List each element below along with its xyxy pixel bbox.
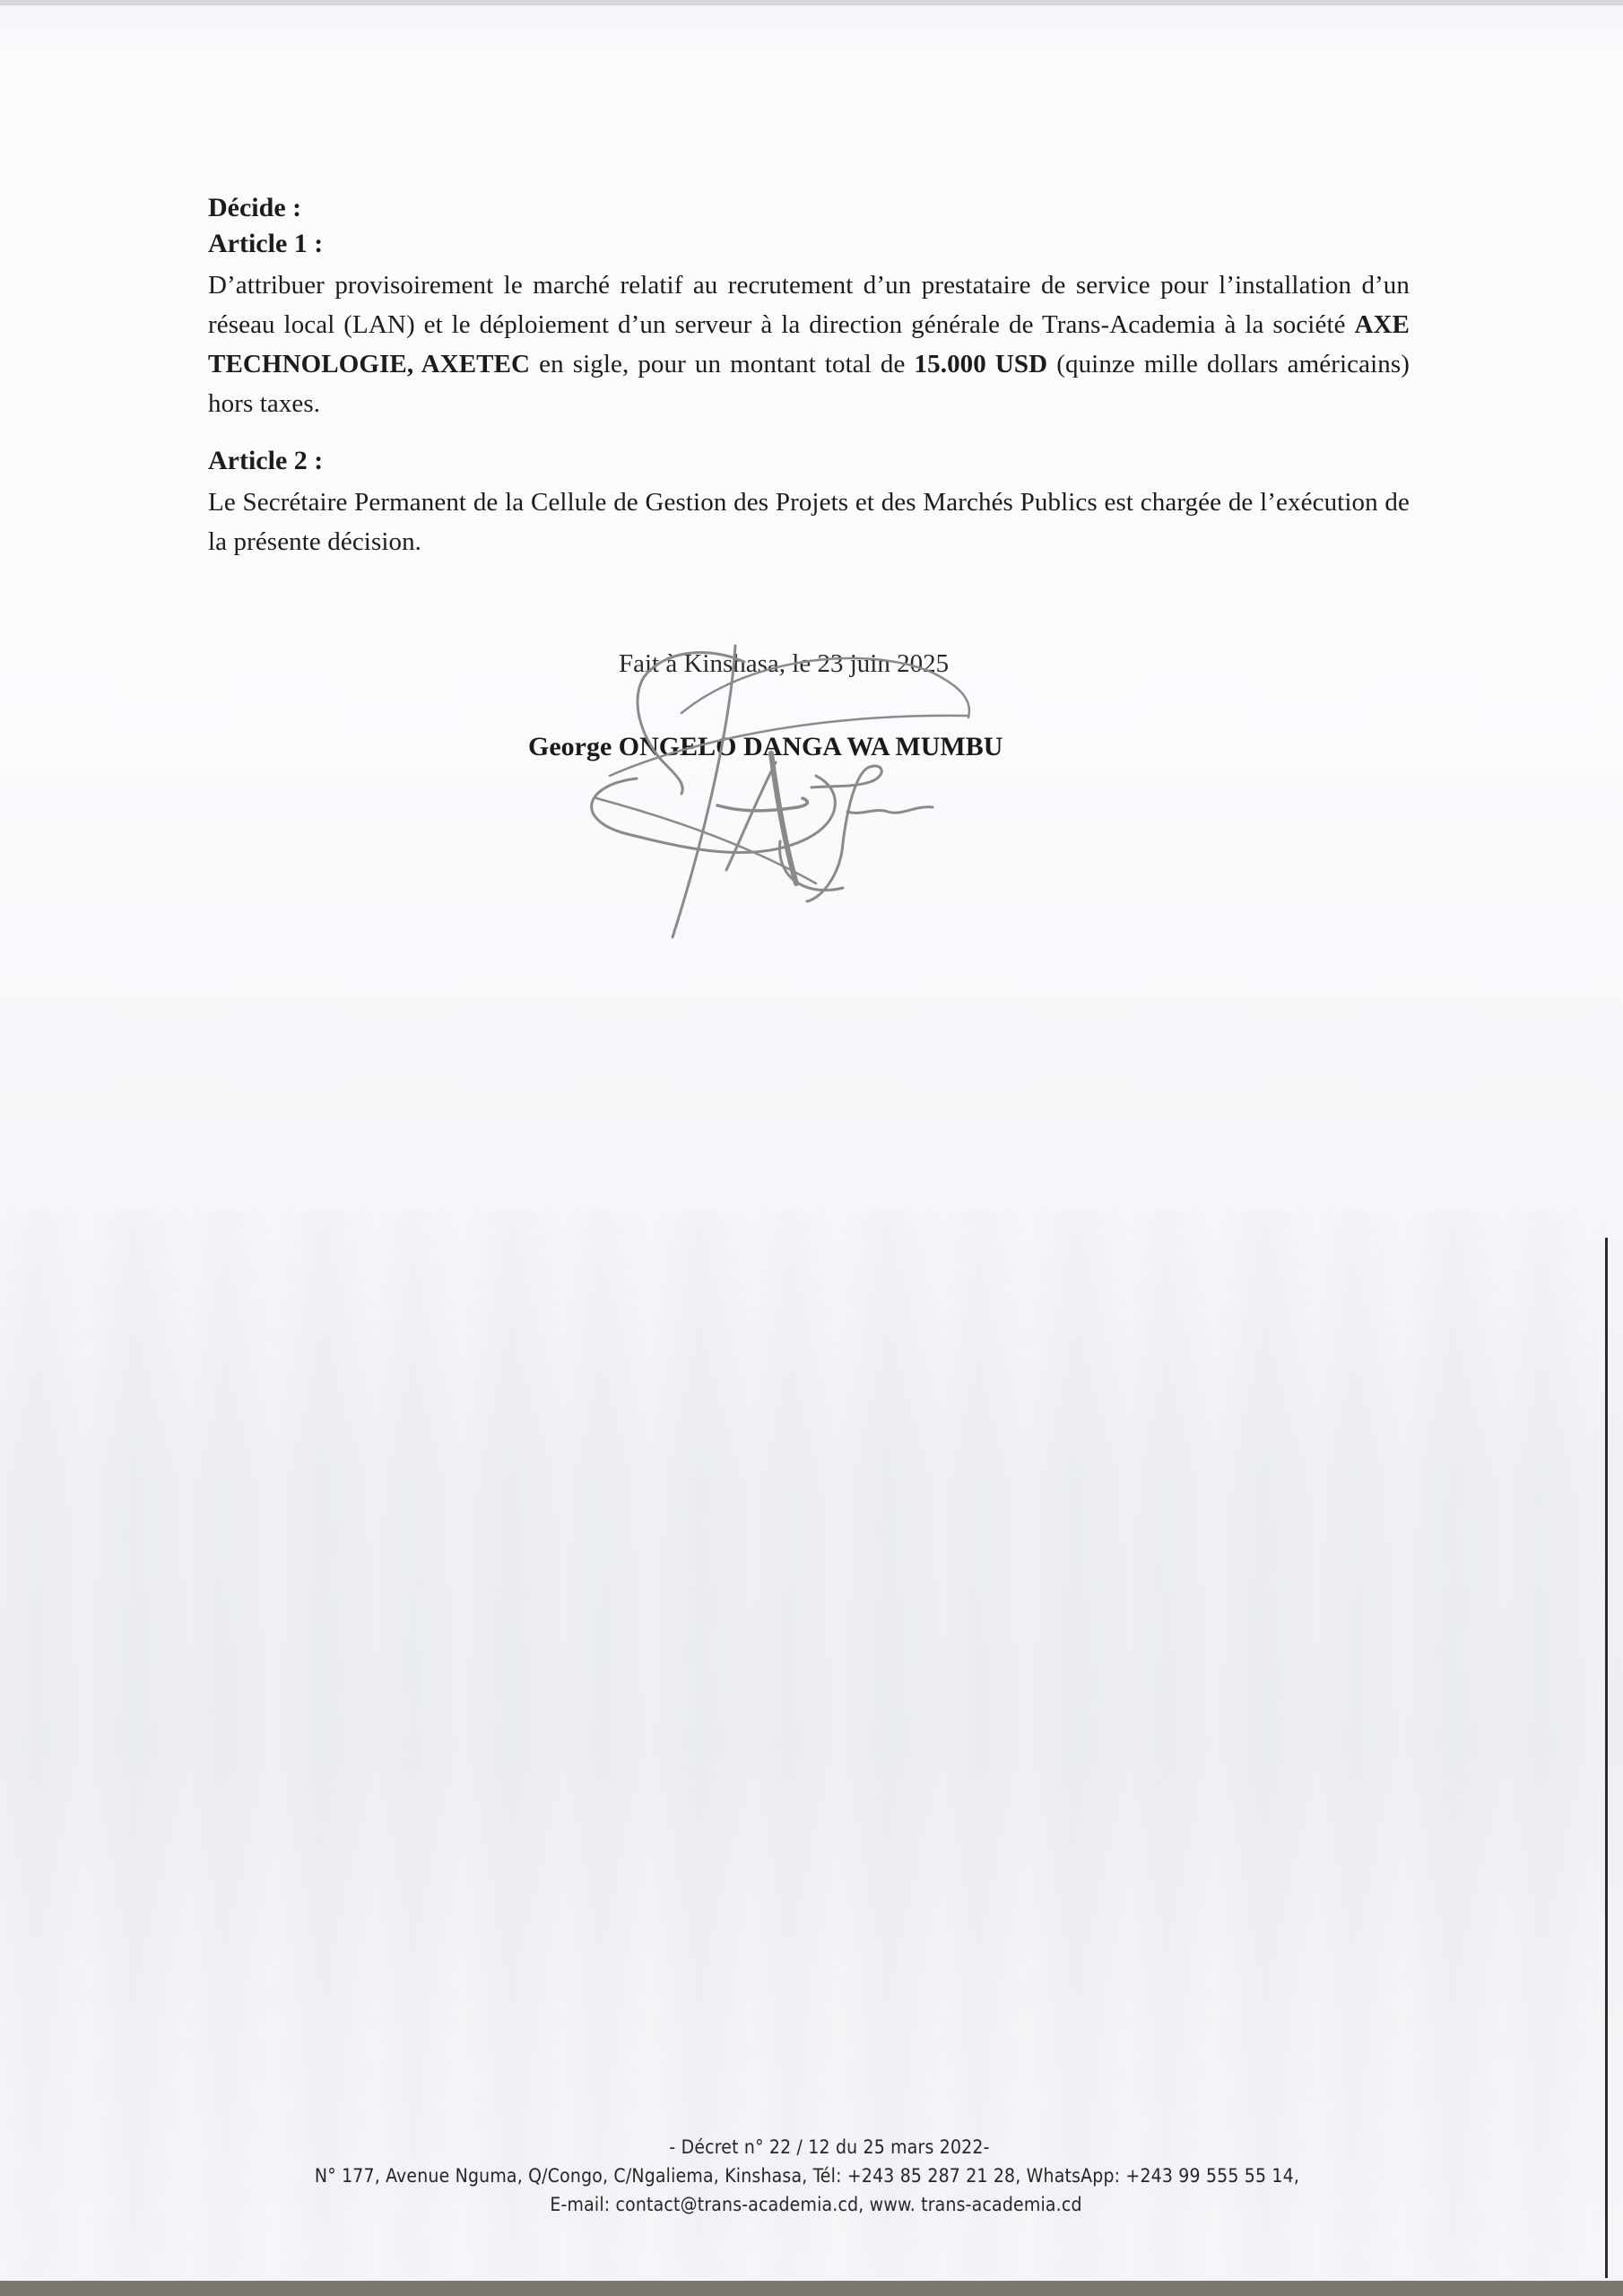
scan-edge-bottom — [0, 2281, 1623, 2296]
article-1-heading: Article 1 : — [208, 226, 1410, 262]
contract-amount: 15.000 USD — [915, 350, 1048, 378]
scan-texture — [0, 1211, 1605, 2278]
article-1-text-part: D’attribuer provisoirement le marché rel… — [208, 271, 1410, 339]
spacer — [208, 423, 1410, 443]
article-1-text-part: en sigle, pour un montant total de — [530, 350, 914, 378]
footer-contact: E-mail: contact@trans-academia.cd, www. … — [0, 2190, 1623, 2219]
article-1-text: D’attribuer provisoirement le marché rel… — [208, 265, 1410, 423]
scan-edge-top — [0, 0, 1623, 5]
document-body: Décide : Article 1 : D’attribuer proviso… — [208, 190, 1410, 561]
scan-edge-right — [1605, 1238, 1608, 2278]
article-2-text: Le Secrétaire Permanent de la Cellule de… — [208, 483, 1410, 561]
place-date: Fait à Kinshasa, le 23 juin 2025 — [619, 649, 949, 679]
signatory-name: George ONGELO DANGA WA MUMBU — [528, 732, 1002, 762]
letterhead-footer: - Décret n° 22 / 12 du 25 mars 2022- N° … — [0, 2133, 1623, 2219]
decide-heading: Décide : — [208, 190, 1410, 226]
footer-decree: - Décret n° 22 / 12 du 25 mars 2022- — [0, 2133, 1623, 2161]
article-2-heading: Article 2 : — [208, 443, 1410, 479]
footer-address: N° 177, Avenue Nguma, Q/Congo, C/Ngaliem… — [0, 2161, 1623, 2190]
